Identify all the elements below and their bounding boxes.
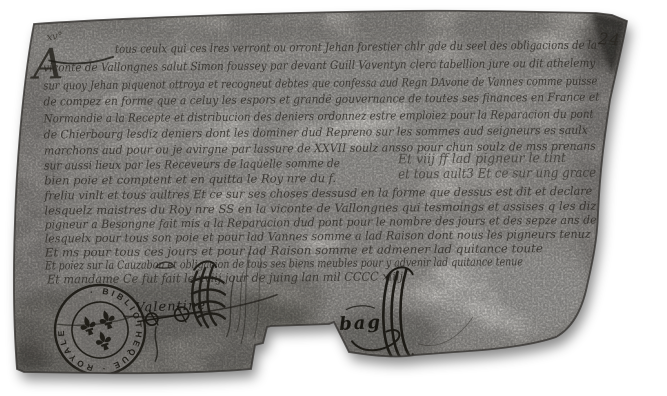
manuscript-text-block: xv° ✓ A tous ceulx qui ces lres verront … — [22, 26, 602, 287]
document-photo-svg: xv° ✓ A tous ceulx qui ces lres verront … — [0, 0, 667, 396]
folio-number: 24 — [597, 29, 622, 50]
manuscript-photo: xv° ✓ A tous ceulx qui ces lres verront … — [0, 0, 667, 396]
signature-second-name: bag — [339, 312, 383, 335]
manuscript-line: sur aussi lieux par les Receveurs de laq… — [44, 156, 340, 173]
manuscript-line: Et viij ff lad pigneur le tint — [397, 151, 567, 167]
manuscript-line: et tous ault3 Et ce sur ung grace — [398, 166, 596, 183]
manuscript-line: bien poie et comptent et en quitta le Ro… — [44, 171, 336, 188]
